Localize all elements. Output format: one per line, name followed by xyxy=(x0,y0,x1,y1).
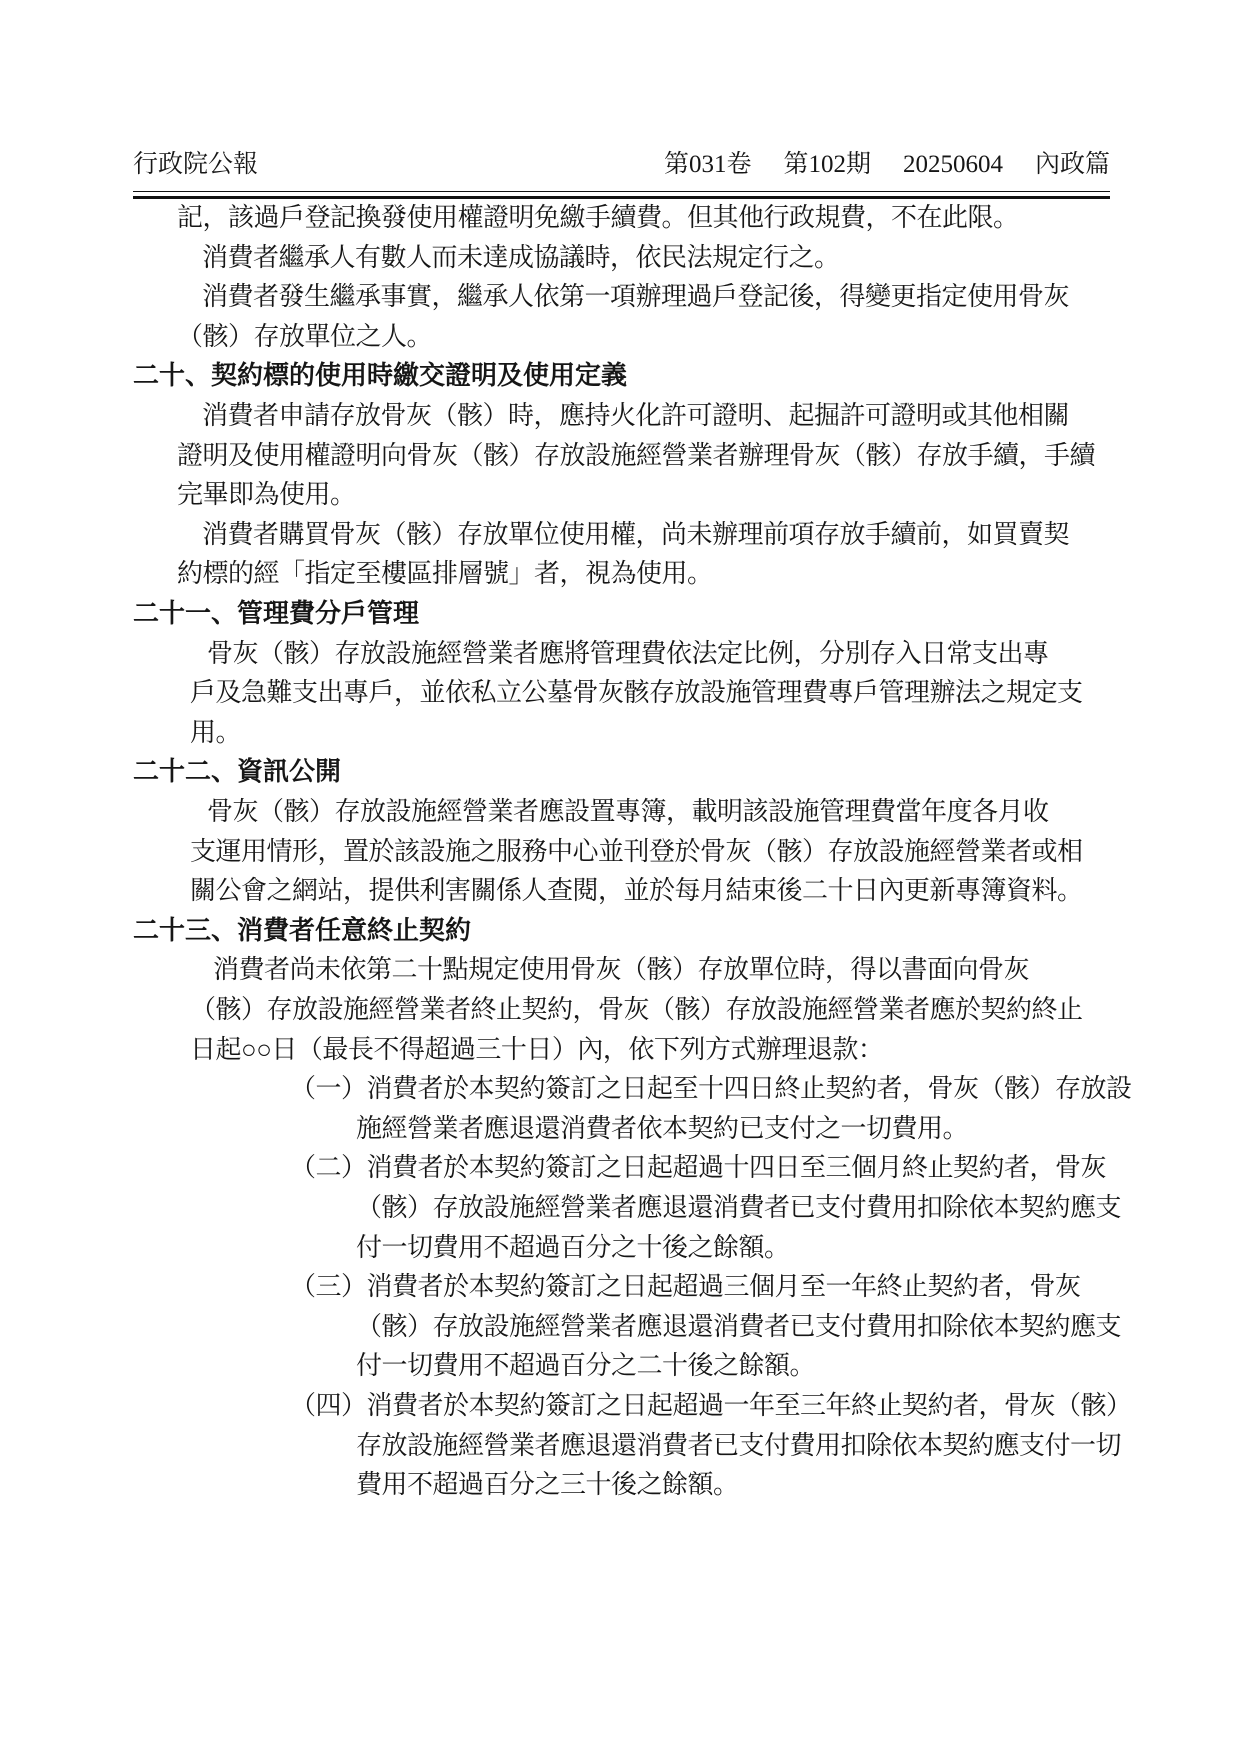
text-line: （一）消費者於本契約簽訂之日起至十四日終止契約者，骨灰（骸）存放設 xyxy=(290,1070,1132,1108)
text-line: 存放設施經營業者應退還消費者已支付費用扣除依本契約應支付一切 xyxy=(356,1427,1121,1465)
document-body: 記，該過戶登記換發使用權證明免繳手續費。但其他行政規費，不在此限。消費者繼承人有… xyxy=(0,0,1240,1755)
text-line: 付一切費用不超過百分之二十後之餘額。 xyxy=(356,1347,815,1385)
text-line: 施經營業者應退還消費者依本契約已支付之一切費用。 xyxy=(356,1110,968,1148)
text-line: 骨灰（骸）存放設施經營業者應將管理費依法定比例，分別存入日常支出專 xyxy=(207,635,1049,673)
text-line: 骨灰（骸）存放設施經營業者應設置專簿，載明該設施管理費當年度各月收 xyxy=(207,793,1049,831)
text-line: （四）消費者於本契約簽訂之日起超過一年至三年終止契約者，骨灰（骸） xyxy=(290,1387,1132,1425)
text-line: 戶及急難支出專戶，並依私立公墓骨灰骸存放設施管理費專戶管理辦法之規定支 xyxy=(190,674,1083,712)
text-line: 消費者申請存放骨灰（骸）時，應持火化許可證明、起掘許可證明或其他相關 xyxy=(202,397,1069,435)
text-line: 日起○○日（最長不得超過三十日）內，依下列方式辦理退款： xyxy=(190,1031,883,1069)
text-line: 付一切費用不超過百分之十後之餘額。 xyxy=(356,1229,790,1267)
section-heading: 二十一、管理費分戶管理 xyxy=(133,595,419,633)
text-line: 用。 xyxy=(190,714,241,752)
text-line: 消費者發生繼承事實，繼承人依第一項辦理過戶登記後，得變更指定使用骨灰 xyxy=(202,278,1069,316)
gazette-page: 行政院公報 第031卷 第102期 20250604 內政篇 記，該過戶登記換發… xyxy=(0,0,1240,1755)
text-line: 證明及使用權證明向骨灰（骸）存放設施經營業者辦理骨灰（骸）存放手續，手續 xyxy=(177,437,1095,475)
section-heading: 二十三、消費者任意終止契約 xyxy=(133,912,471,950)
text-line: 消費者繼承人有數人而未達成協議時，依民法規定行之。 xyxy=(202,239,840,277)
text-line: 完畢即為使用。 xyxy=(177,476,356,514)
text-line: 記，該過戶登記換發使用權證明免繳手續費。但其他行政規費，不在此限。 xyxy=(177,199,1019,237)
text-line: （二）消費者於本契約簽訂之日起超過十四日至三個月終止契約者，骨灰 xyxy=(290,1149,1106,1187)
text-line: 支運用情形，置於該設施之服務中心並刊登於骨灰（骸）存放設施經營業者或相 xyxy=(190,833,1083,871)
text-line: （骸）存放設施經營業者應退還消費者已支付費用扣除依本契約應支 xyxy=(356,1308,1121,1346)
text-line: 消費者購買骨灰（骸）存放單位使用權，尚未辦理前項存放手續前，如買賣契 xyxy=(202,516,1069,554)
text-line: （骸）存放設施經營業者應退還消費者已支付費用扣除依本契約應支 xyxy=(356,1189,1121,1227)
section-heading: 二十二、資訊公開 xyxy=(133,753,341,791)
text-line: （骸）存放設施經營業者終止契約，骨灰（骸）存放設施經營業者應於契約終止 xyxy=(190,991,1083,1029)
text-line: 關公會之網站，提供利害關係人查閱，並於每月結束後二十日內更新專簿資料。 xyxy=(190,872,1083,910)
text-line: （三）消費者於本契約簽訂之日起超過三個月至一年終止契約者，骨灰 xyxy=(290,1268,1081,1306)
text-line: 約標的經「指定至樓區排層號」者，視為使用。 xyxy=(177,555,713,593)
text-line: 消費者尚未依第二十點規定使用骨灰（骸）存放單位時，得以書面向骨灰 xyxy=(213,951,1029,989)
text-line: （骸）存放單位之人。 xyxy=(177,318,432,356)
section-heading: 二十、契約標的使用時繳交證明及使用定義 xyxy=(133,357,627,395)
text-line: 費用不超過百分之三十後之餘額。 xyxy=(356,1466,739,1504)
